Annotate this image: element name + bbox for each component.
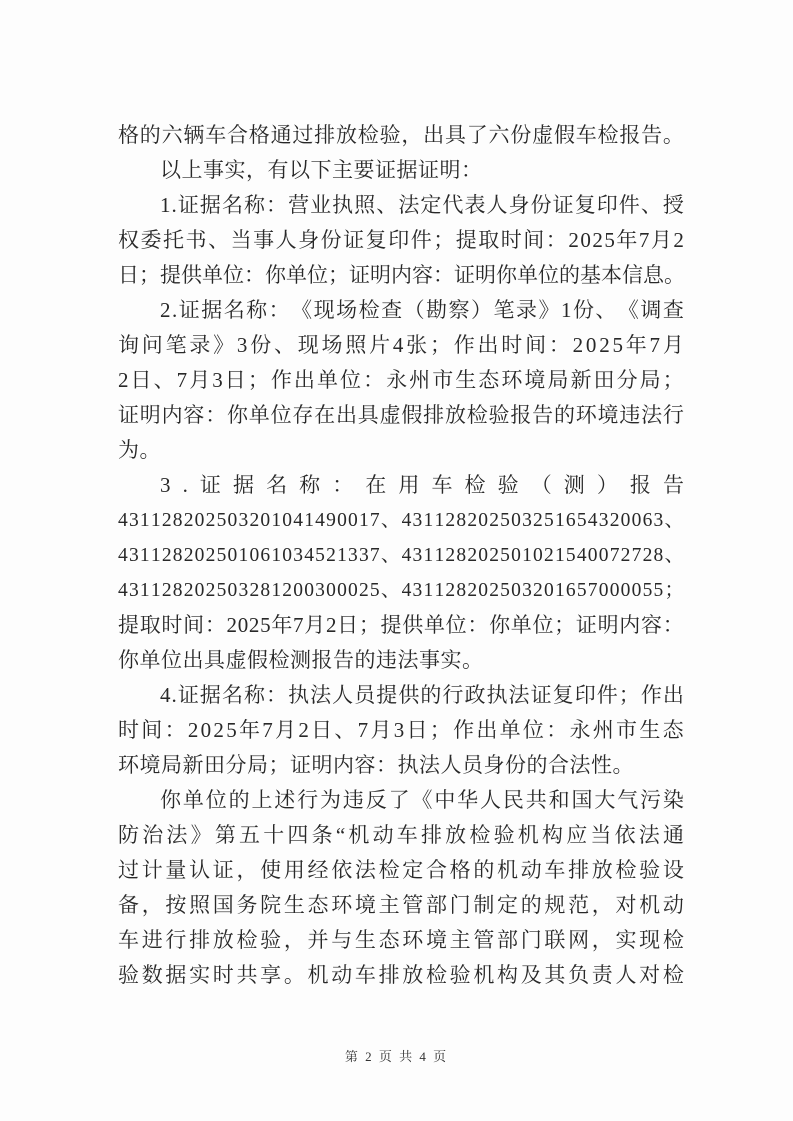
document-line: 以上事实，有以下主要证据证明： bbox=[118, 153, 684, 188]
page-number: 第 2 页 共 4 页 bbox=[0, 1046, 793, 1065]
document-line: 431128202503201041490017、431128202503251… bbox=[118, 503, 684, 538]
document-line: 提取时间：2025年7月2日；提供单位：你单位；证明内容： bbox=[118, 608, 684, 643]
document-line: 权委托书、当事人身份证复印件；提取时间：2025年7月2 bbox=[118, 223, 684, 258]
document-line: 验数据实时共享。机动车排放检验机构及其负责人对检 bbox=[118, 958, 684, 993]
document-line: 2日、7月3日；作出单位：永州市生态环境局新田分局； bbox=[118, 363, 684, 398]
document-line: 时间：2025年7月2日、7月3日；作出单位：永州市生态 bbox=[118, 713, 684, 748]
document-line: 证明内容：你单位存在出具虚假排放检验报告的环境违法行 bbox=[118, 398, 684, 433]
document-line: 431128202501061034521337、431128202501021… bbox=[118, 538, 684, 573]
document-body: 格的六辆车合格通过排放检验，出具了六份虚假车检报告。以上事实，有以下主要证据证明… bbox=[118, 118, 684, 993]
document-line: 格的六辆车合格通过排放检验，出具了六份虚假车检报告。 bbox=[118, 118, 684, 153]
document-line: 4.证据名称：执法人员提供的行政执法证复印件；作出 bbox=[118, 678, 684, 713]
document-line: 1.证据名称：营业执照、法定代表人身份证复印件、授 bbox=[118, 188, 684, 223]
document-line: 询问笔录》3份、现场照片4张；作出时间：2025年7月 bbox=[118, 328, 684, 363]
document-line: 过计量认证，使用经依法检定合格的机动车排放检验设 bbox=[118, 853, 684, 888]
document-line: 日；提供单位：你单位；证明内容：证明你单位的基本信息。 bbox=[118, 258, 684, 293]
document-line: 备，按照国务院生态环境主管部门制定的规范，对机动 bbox=[118, 888, 684, 923]
document-line: 为。 bbox=[118, 433, 684, 468]
document-line: 防治法》第五十四条“机动车排放检验机构应当依法通 bbox=[118, 818, 684, 853]
document-line: 431128202503281200300025、431128202503201… bbox=[118, 573, 684, 608]
document-line: 2.证据名称：《现场检查（勘察）笔录》1份、《调查 bbox=[118, 293, 684, 328]
document-line: 环境局新田分局；证明内容：执法人员身份的合法性。 bbox=[118, 748, 684, 783]
document-line: 你单位出具虚假检测报告的违法事实。 bbox=[118, 643, 684, 678]
document-line: 3.证据名称：在用车检验（测）报告 bbox=[118, 468, 684, 503]
document-page: 格的六辆车合格通过排放检验，出具了六份虚假车检报告。以上事实，有以下主要证据证明… bbox=[0, 0, 793, 1121]
document-line: 车进行排放检验，并与生态环境主管部门联网，实现检 bbox=[118, 923, 684, 958]
document-line: 你单位的上述行为违反了《中华人民共和国大气污染 bbox=[118, 783, 684, 818]
